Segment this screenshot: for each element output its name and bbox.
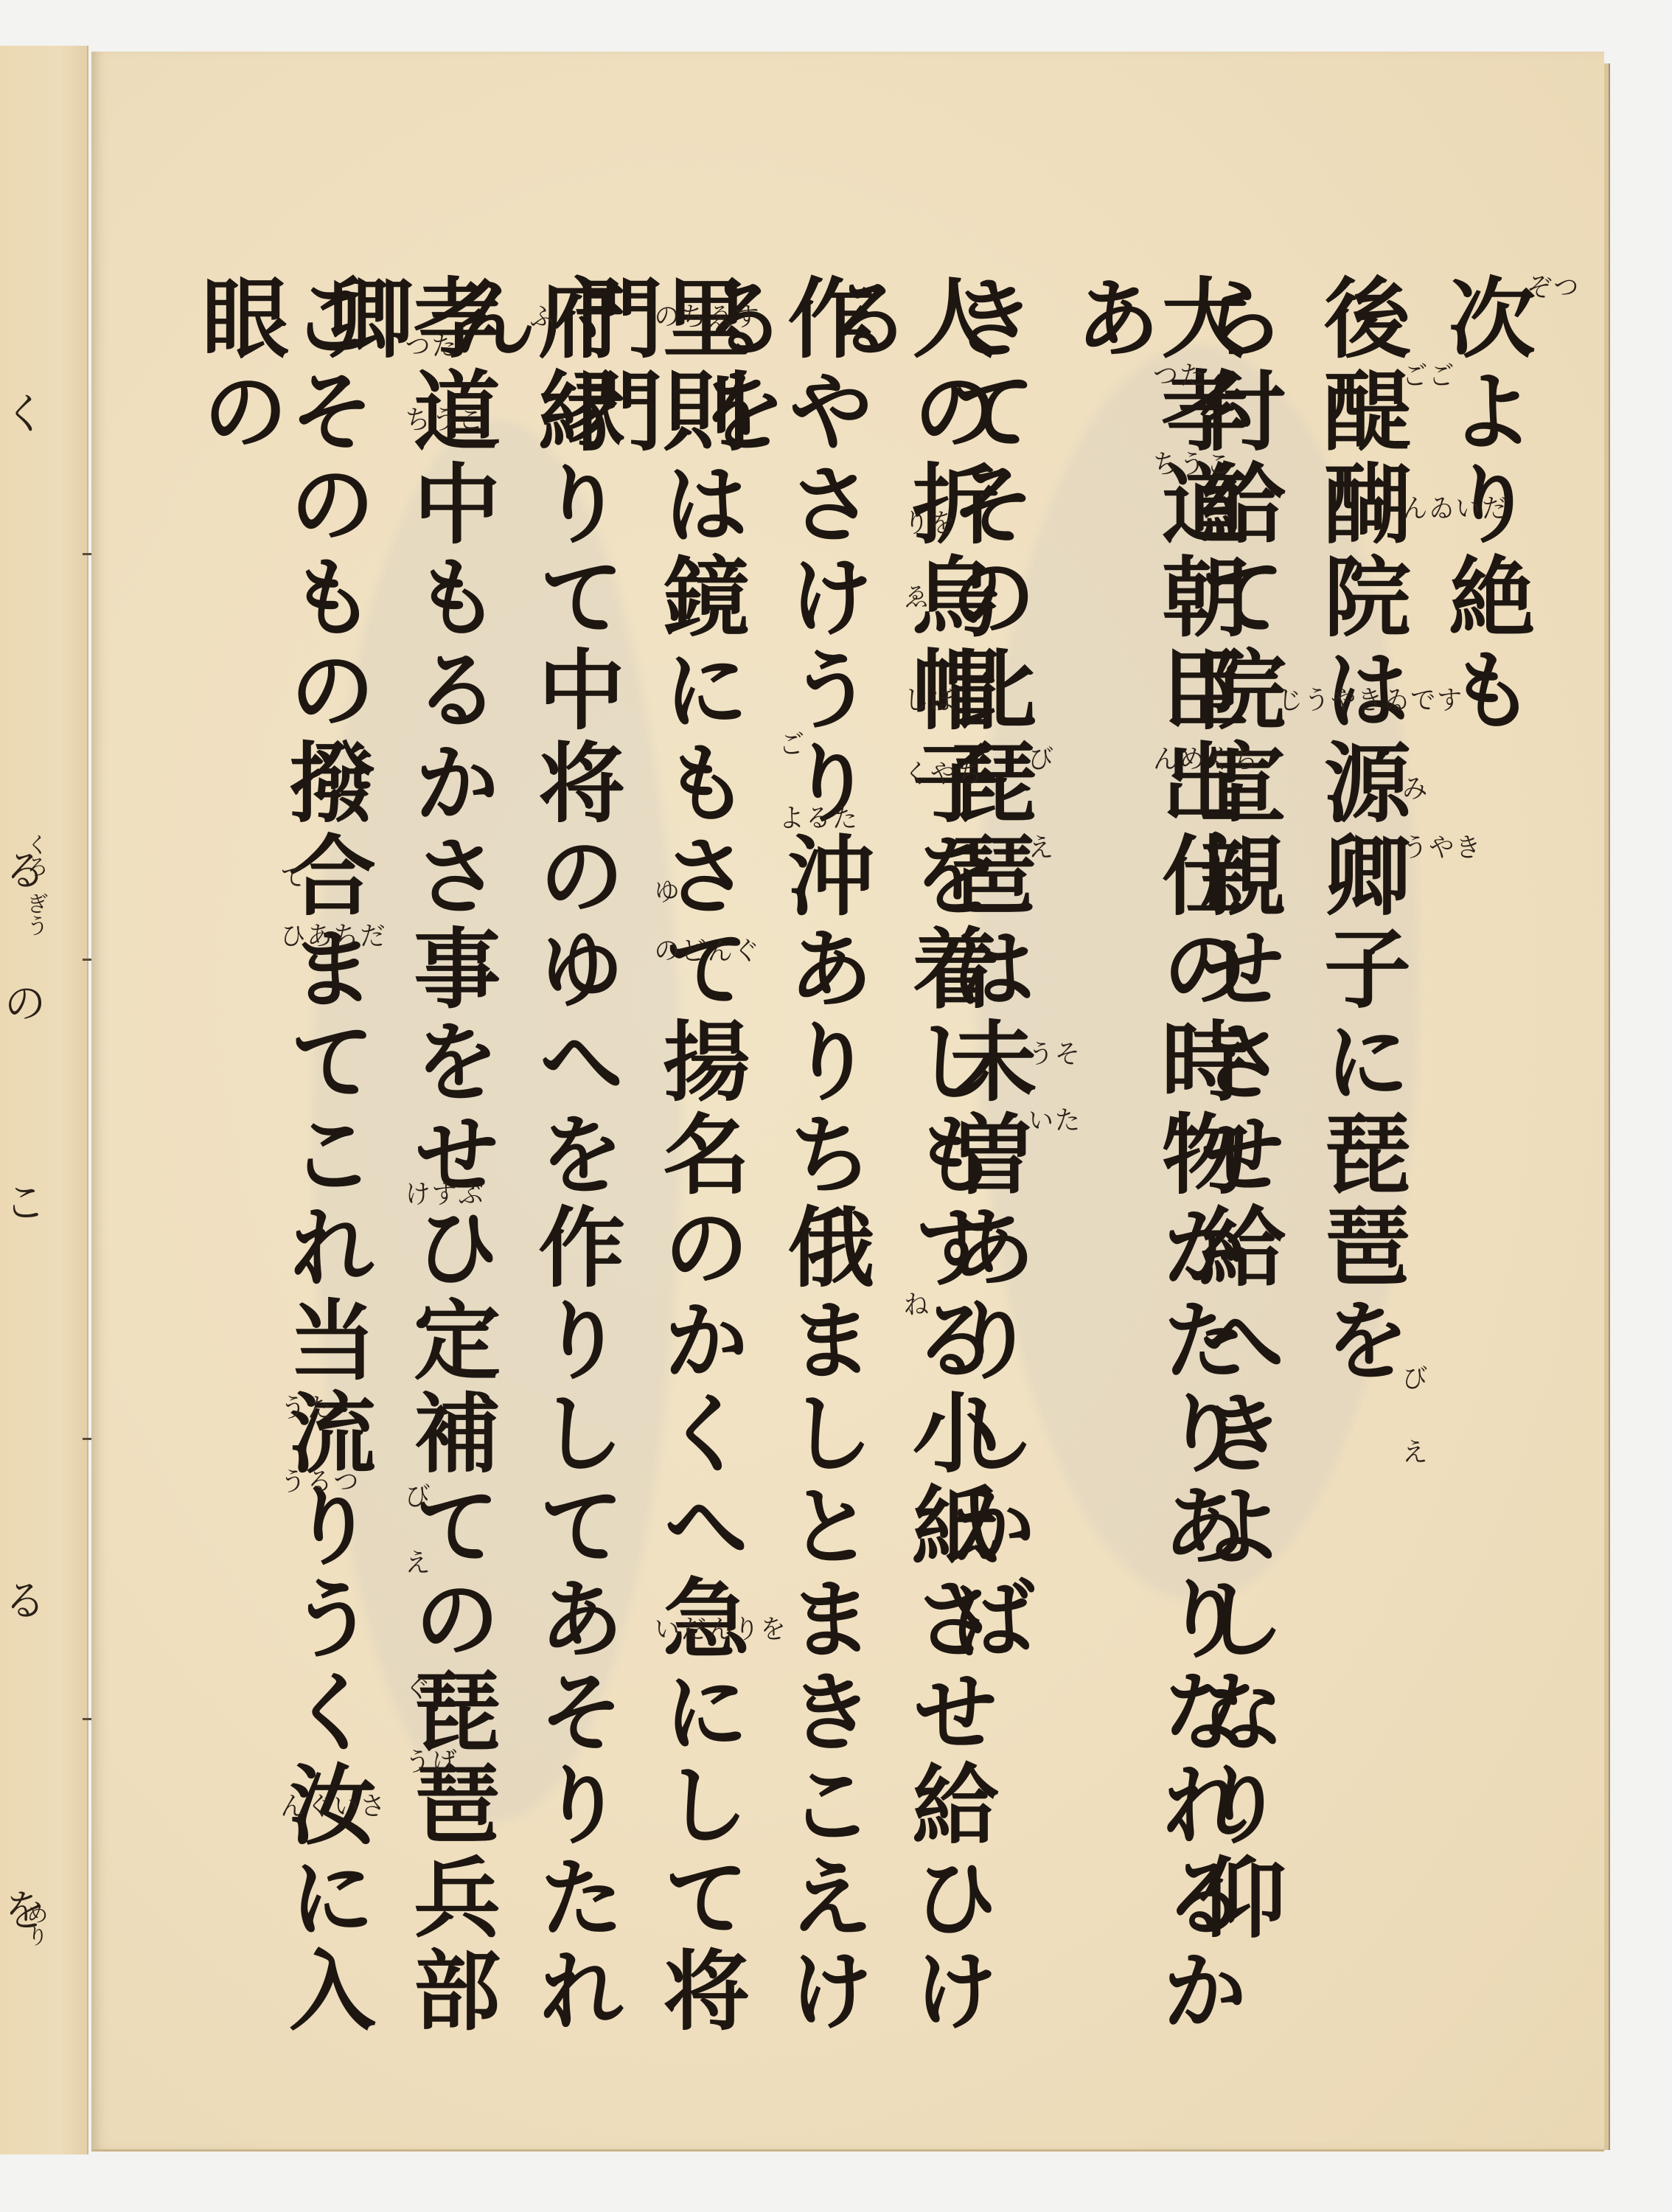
furigana: をり bbox=[900, 509, 953, 535]
text-column: 後醍醐院は源卿子に琵琶をごごだいゐんみきやうびえ bbox=[1302, 273, 1427, 2057]
furigana: ちやく bbox=[900, 759, 980, 786]
furigana: ごご bbox=[1399, 361, 1452, 388]
manuscript-page: 次より絶もつぞ後醍醐院は源卿子に琵琶をごごだいゐんみきやうびえら付給て院宣親せさ… bbox=[91, 52, 1604, 2152]
furigana: ぶすけ bbox=[402, 1180, 481, 1206]
furigana: び bbox=[1399, 1364, 1426, 1391]
furigana: こうち bbox=[402, 406, 481, 432]
furigana: げう bbox=[402, 1747, 455, 1774]
furigana: ぐんどの bbox=[651, 936, 757, 963]
manuscript-text-block: 次より絶もつぞ後醍醐院は源卿子に琵琶をごごだいゐんみきやうびえら付給て院宣親せさ… bbox=[180, 273, 1551, 2057]
furigana: すゑちの bbox=[651, 302, 757, 329]
furigana: たう bbox=[277, 1394, 330, 1420]
furigana: たつ bbox=[402, 332, 455, 358]
column-main-text: 大孝道朝臣出仕の時物かたりありなれるかあ bbox=[1067, 273, 1241, 2057]
furigana: え bbox=[1399, 1438, 1426, 1464]
furigana: だちあひ bbox=[277, 922, 383, 948]
furigana: ちくめん bbox=[1150, 745, 1256, 771]
left-page-text-fragment: の bbox=[0, 981, 43, 1023]
furigana: すでゐきやうじ bbox=[1275, 686, 1460, 712]
furigana: ゑ bbox=[900, 582, 927, 609]
left-page-text-fragment: る bbox=[0, 1578, 43, 1621]
furigana: きやう bbox=[1399, 833, 1479, 860]
furigana: え bbox=[402, 1548, 428, 1575]
furigana: ふ bbox=[526, 302, 553, 329]
furigana: ぐ bbox=[402, 1674, 428, 1700]
furigana: たい bbox=[1025, 1106, 1079, 1133]
left-page-furigana: ぎう bbox=[24, 892, 46, 936]
furigana: つるう bbox=[277, 1467, 357, 1494]
furigana: つぞ bbox=[1524, 273, 1577, 299]
left-page-edge: くるのこるをくろぎうめり bbox=[0, 46, 88, 2154]
furigana: び bbox=[1025, 745, 1052, 771]
text-column: 次より絶もつぞ bbox=[1427, 273, 1551, 2057]
furigana: て bbox=[277, 863, 304, 889]
furigana: み bbox=[1399, 774, 1426, 801]
furigana: をりんだい bbox=[651, 1615, 784, 1641]
left-page-text-fragment: こ bbox=[0, 1180, 43, 1222]
furigana: こうち bbox=[1150, 450, 1230, 476]
furigana: ぼし bbox=[900, 686, 953, 712]
furigana: だいゐん bbox=[1399, 494, 1505, 521]
furigana: たつ bbox=[1150, 361, 1203, 388]
column-main-text: 後醍醐院は源卿子に琵琶を bbox=[1317, 273, 1404, 1388]
text-column: こそのもの撥合まてこれ当流りうく汝に入眼のてだちあひたうつるうさいぐん bbox=[180, 273, 304, 2057]
furigana: え bbox=[1025, 833, 1052, 860]
furigana: そう bbox=[1025, 1040, 1079, 1066]
furigana: ね bbox=[900, 1290, 927, 1317]
left-page-furigana: くろ bbox=[24, 833, 46, 877]
furigana: たるよ bbox=[776, 804, 855, 830]
furigana: ご bbox=[776, 730, 802, 757]
left-page-text-fragment: く bbox=[0, 391, 43, 434]
furigana: ゆ bbox=[651, 877, 677, 904]
left-page-furigana: めり bbox=[24, 1902, 46, 1947]
furigana: び bbox=[402, 1482, 428, 1509]
furigana: さいぐん bbox=[277, 1792, 383, 1818]
column-main-text: こそのもの撥合まてこれ当流りうく汝に入眼の bbox=[195, 273, 369, 2057]
text-column: 大孝道朝臣出仕の時物かたりありなれるかあたつこうちちくめん bbox=[1053, 273, 1177, 2057]
